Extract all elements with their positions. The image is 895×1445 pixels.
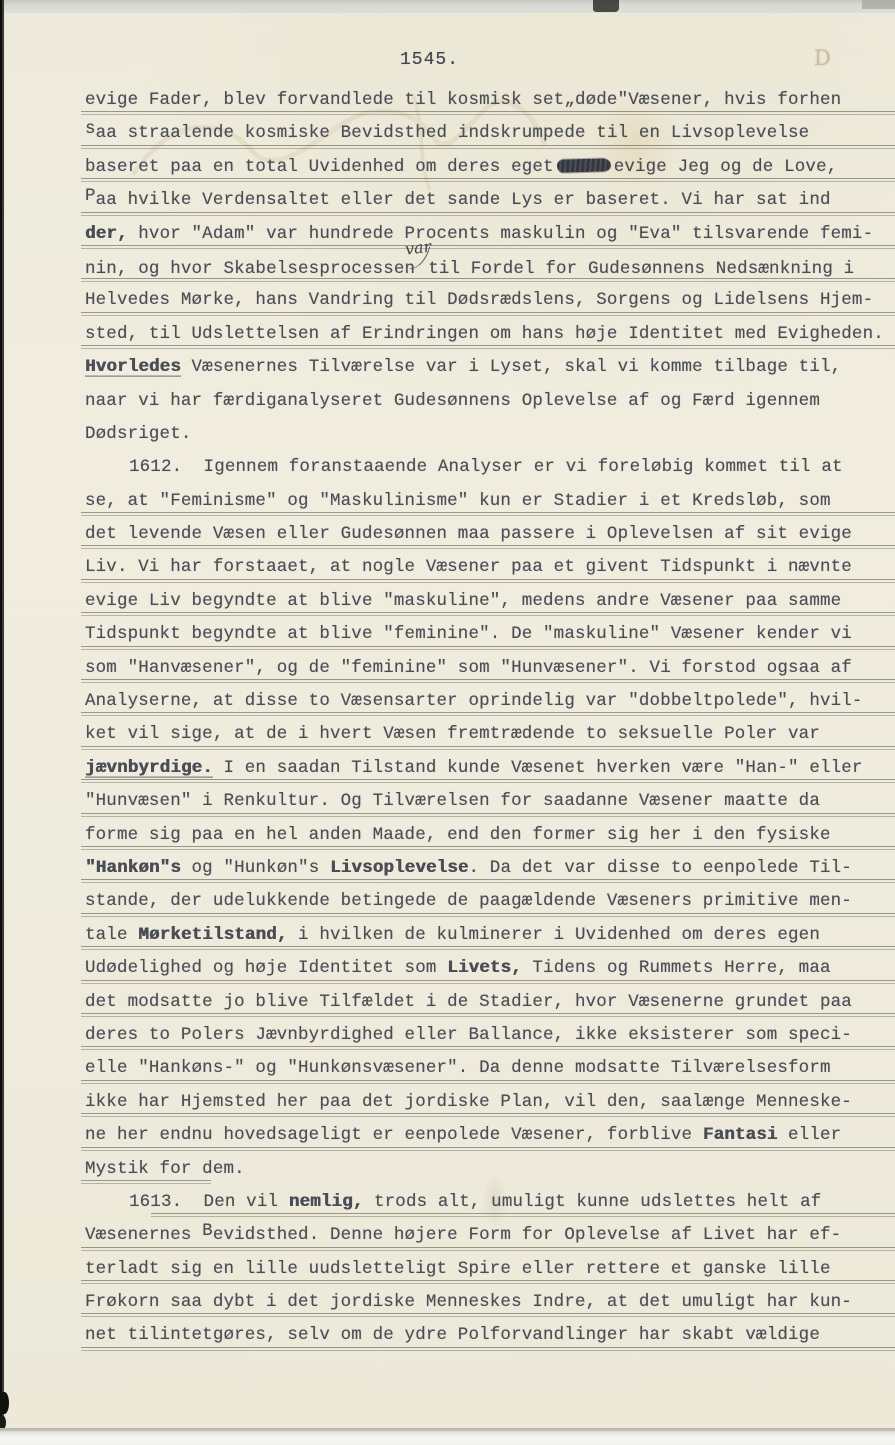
line-text: ne her endnu hovedsageligt er eenpolede … bbox=[85, 1125, 703, 1145]
typed-underline bbox=[81, 1280, 895, 1285]
line-text: Fantasi bbox=[703, 1125, 778, 1145]
text-line: det modsatte jo blive Tilfældet i de Sta… bbox=[85, 986, 895, 1019]
text-line: ne her endnu hovedsageligt er eenpolede … bbox=[85, 1119, 895, 1152]
text-line: "Hankøn"s og "Hunkøn"s Livsoplevelse. Da… bbox=[85, 852, 895, 885]
line-text: Tidspunkt begyndte at blive "feminine". … bbox=[85, 624, 852, 644]
line-text: og "Hunkøn"s bbox=[181, 858, 330, 878]
text-line: ikke har Hjemsted her paa det jordiske P… bbox=[85, 1086, 895, 1119]
typed-underline bbox=[81, 111, 895, 116]
line-text: evige Fader, blev forvandlede til kosmis… bbox=[85, 90, 841, 110]
typed-underline bbox=[81, 879, 895, 884]
line-text: Tidens og Rummets Herre, maa bbox=[522, 958, 831, 978]
typed-underline bbox=[81, 646, 895, 651]
typed-underline bbox=[81, 1347, 895, 1352]
line-text: 1613. Den vil bbox=[129, 1192, 289, 1212]
text-line: jævnbyrdige. I en saadan Tilstand kunde … bbox=[85, 752, 895, 785]
line-text: elle "Hankøns-" og "Hunkønsvæsener". Da … bbox=[85, 1058, 831, 1078]
text-line: Paa hvilke Verdensaltet eller det sande … bbox=[85, 184, 895, 217]
paper-mark-d: D bbox=[814, 46, 831, 70]
line-text: jævnbyrdige. bbox=[85, 758, 213, 778]
text-line: baseret paa en total Uvidenhed om deres … bbox=[85, 151, 895, 184]
text-line: 1612. Igennem foranstaaende Analyser er … bbox=[85, 451, 895, 484]
typed-underline bbox=[81, 312, 895, 317]
line-text: trods alt, umuligt kunne udslettes helt … bbox=[363, 1192, 821, 1212]
text-line: saa straalende kosmiske Bevidsthed indsk… bbox=[85, 117, 895, 150]
typed-underline bbox=[81, 1180, 211, 1185]
line-text: nin, og hvor Skabelsesprocessen bbox=[85, 259, 415, 279]
line-text: Udødelighed og høje Identitet som bbox=[85, 958, 447, 978]
scan-artifact bbox=[0, 1392, 9, 1414]
scribbled-out-word bbox=[557, 158, 611, 173]
text-line: evige Liv begyndte at blive "maskuline",… bbox=[85, 585, 895, 618]
line-text: Frøkorn saa dybt i det jordiske Menneske… bbox=[85, 1292, 852, 1312]
text-lines: evige Fader, blev forvandlede til kosmis… bbox=[85, 84, 895, 1353]
line-text: Livsoplevelse bbox=[330, 858, 468, 878]
line-text: Mystik for dem. bbox=[85, 1159, 245, 1179]
line-text: evidsthed. Denne højere Form for Oplevel… bbox=[213, 1225, 841, 1245]
line-text: Væsenernes bbox=[85, 1225, 202, 1245]
line-text: forme sig paa en hel anden Maade, end de… bbox=[85, 825, 831, 845]
line-text: Liv. Vi har forstaaet, at nogle Væsener … bbox=[85, 557, 852, 577]
text-line: Udødelighed og høje Identitet som Livets… bbox=[85, 952, 895, 985]
text-line: sted, til Udslettelsen af Erindringen om… bbox=[85, 318, 895, 351]
line-text: "Hunvæsen" i Renkultur. Og Tilværelsen f… bbox=[85, 791, 820, 811]
page-number: 1545. bbox=[400, 50, 459, 70]
line-text: s bbox=[85, 119, 96, 139]
line-text: Analyserne, at disse to Væsensarter opri… bbox=[85, 691, 863, 711]
text-line: Mystik for dem. bbox=[85, 1153, 895, 1186]
line-text: . Da det var disse to eenpolede Til- bbox=[468, 858, 851, 878]
scanned-manuscript-page: D 1545. evige Fader, blev forvandlede ti… bbox=[0, 0, 895, 1445]
text-line: naar vi har færdiganalyseret Gudesønnens… bbox=[85, 385, 895, 418]
line-text: deres to Polers Jævnbyrdighed eller Ball… bbox=[85, 1025, 852, 1045]
line-text: Dødsriget. bbox=[85, 424, 192, 444]
text-line: forme sig paa en hel anden Maade, end de… bbox=[85, 819, 895, 852]
line-text: nemlig, bbox=[289, 1192, 364, 1212]
typed-underline bbox=[81, 1046, 895, 1051]
typed-underline bbox=[81, 1247, 895, 1252]
text-line: som "Hanvæsener", og de "feminine" som "… bbox=[85, 652, 895, 685]
line-text: I en saadan Tilstand kunde Væsenet hverk… bbox=[213, 758, 863, 778]
typed-underline bbox=[81, 1113, 895, 1118]
typed-underline bbox=[81, 1080, 895, 1085]
line-text: der, bbox=[85, 224, 128, 244]
line-text: som "Hanvæsener", og de "feminine" som "… bbox=[85, 658, 852, 678]
line-text: P bbox=[85, 186, 96, 206]
line-text: Hvorledes bbox=[85, 357, 181, 377]
typed-underline bbox=[81, 980, 895, 985]
text-line: net tilintetgøres, selv om de ydre Polfo… bbox=[85, 1319, 895, 1352]
typed-underline bbox=[81, 1147, 895, 1152]
text-line: det levende Væsen eller Gudesønnen maa p… bbox=[85, 518, 895, 551]
typed-underline bbox=[81, 145, 895, 150]
scan-edge-left bbox=[0, 0, 5, 1445]
line-text: ket vil sige, at de i hvert Væsen fremtr… bbox=[85, 724, 820, 744]
line-text: eller bbox=[777, 1125, 841, 1145]
text-line: Liv. Vi har forstaaet, at nogle Væsener … bbox=[85, 551, 895, 584]
scan-artifact bbox=[593, 0, 619, 12]
line-text: aa straalende kosmiske Bevidsthed indskr… bbox=[96, 123, 810, 143]
scan-edge-bottom bbox=[0, 1428, 895, 1445]
line-text: Livets, bbox=[447, 958, 522, 978]
scan-edge-top bbox=[0, 0, 895, 13]
line-text: "Hankøn"s bbox=[85, 858, 181, 878]
text-line: elle "Hankøns-" og "Hunkønsvæsener". Da … bbox=[85, 1052, 895, 1085]
line-text: evige Jeg og de Love, bbox=[614, 157, 838, 177]
text-line: Helvedes Mørke, hans Vandring til Dødsræ… bbox=[85, 284, 895, 317]
typed-underline bbox=[81, 779, 895, 784]
line-text: Helvedes Mørke, hans Vandring til Dødsræ… bbox=[85, 290, 873, 310]
line-text: sted, til Udslettelsen af Erindringen om… bbox=[85, 324, 884, 344]
typed-underline bbox=[81, 746, 895, 751]
line-text: det modsatte jo blive Tilfældet i de Sta… bbox=[85, 992, 852, 1012]
text-line: Analyserne, at disse to Væsensarter opri… bbox=[85, 685, 895, 718]
text-line: "Hunvæsen" i Renkultur. Og Tilværelsen f… bbox=[85, 785, 895, 818]
text-line: Dødsriget. bbox=[85, 418, 895, 451]
typed-underline bbox=[81, 345, 895, 350]
text-line: stande, der udelukkende betingede de paa… bbox=[85, 885, 895, 918]
typed-underline bbox=[81, 1013, 895, 1018]
line-text: aa hvilke Verdensaltet eller det sande L… bbox=[96, 190, 831, 210]
text-line: ket vil sige, at de i hvert Væsen fremtr… bbox=[85, 718, 895, 751]
line-text: det levende Væsen eller Gudesønnen maa p… bbox=[85, 524, 852, 544]
line-text: tale bbox=[85, 925, 138, 945]
typed-underline bbox=[81, 512, 895, 517]
line-text: til Fordel for Gudesønnens Nedsænkning i bbox=[428, 259, 854, 279]
typed-underline bbox=[81, 245, 895, 250]
typed-underline bbox=[81, 545, 895, 550]
line-text: B bbox=[202, 1221, 213, 1241]
scan-artifact bbox=[862, 0, 895, 9]
typed-underline bbox=[81, 813, 895, 818]
line-text: 1612. Igennem foranstaaende Analyser er … bbox=[129, 457, 843, 477]
line-text: naar vi har færdiganalyseret Gudesønnens… bbox=[85, 391, 820, 411]
typed-underline bbox=[81, 178, 895, 183]
typed-underline bbox=[81, 579, 895, 584]
line-text: ikke har Hjemsted her paa det jordiske P… bbox=[85, 1092, 852, 1112]
line-text: i hvilken de kulminerer i Uvidenhed om d… bbox=[287, 925, 820, 945]
typed-underline bbox=[81, 1313, 895, 1318]
text-line: Frøkorn saa dybt i det jordiske Menneske… bbox=[85, 1286, 895, 1319]
typed-underline bbox=[81, 913, 895, 918]
typed-underline bbox=[81, 946, 895, 951]
text-line: terladt sig en lille uudsletteligt Spire… bbox=[85, 1253, 895, 1286]
typed-underline bbox=[151, 1213, 895, 1218]
line-text: hvor "Adam" var hundrede Procents maskul… bbox=[128, 224, 874, 244]
typed-underline bbox=[81, 278, 895, 283]
line-text: evige Liv begyndte at blive "maskuline",… bbox=[85, 591, 841, 611]
text-line: Hvorledes Væsenernes Tilværelse var i Ly… bbox=[85, 351, 895, 384]
line-text: stande, der udelukkende betingede de paa… bbox=[85, 891, 852, 911]
text-line: 1613. Den vil nemlig, trods alt, umuligt… bbox=[85, 1186, 895, 1219]
typed-underline bbox=[81, 612, 895, 617]
text-line: se, at "Feminisme" og "Maskulinisme" kun… bbox=[85, 485, 895, 518]
text-line: evige Fader, blev forvandlede til kosmis… bbox=[85, 84, 895, 117]
typed-underline bbox=[81, 679, 895, 684]
text-line: der, hvor "Adam" var hundrede Procents m… bbox=[85, 218, 895, 251]
typed-underline bbox=[81, 712, 895, 717]
line-text: Mørketilstand, bbox=[138, 925, 287, 945]
line-text: Væsenernes Tilværelse var i Lyset, skal … bbox=[181, 357, 841, 377]
line-text: net tilintetgøres, selv om de ydre Polfo… bbox=[85, 1325, 820, 1345]
text-line: Væsenernes Bevidsthed. Denne højere Form… bbox=[85, 1219, 895, 1252]
line-text: terladt sig en lille uudsletteligt Spire… bbox=[85, 1259, 831, 1279]
line-text: baseret paa en total Uvidenhed om deres … bbox=[85, 157, 554, 177]
text-line: tale Mørketilstand, i hvilken de kulmine… bbox=[85, 919, 895, 952]
text-line: Tidspunkt begyndte at blive "feminine". … bbox=[85, 618, 895, 651]
text-line: deres to Polers Jævnbyrdighed eller Ball… bbox=[85, 1019, 895, 1052]
text-line: nin, og hvor Skabelsesprocessenvartil Fo… bbox=[85, 251, 895, 284]
typed-underline bbox=[81, 846, 895, 851]
typed-underline bbox=[81, 212, 895, 217]
line-text: se, at "Feminisme" og "Maskulinisme" kun… bbox=[85, 491, 831, 511]
